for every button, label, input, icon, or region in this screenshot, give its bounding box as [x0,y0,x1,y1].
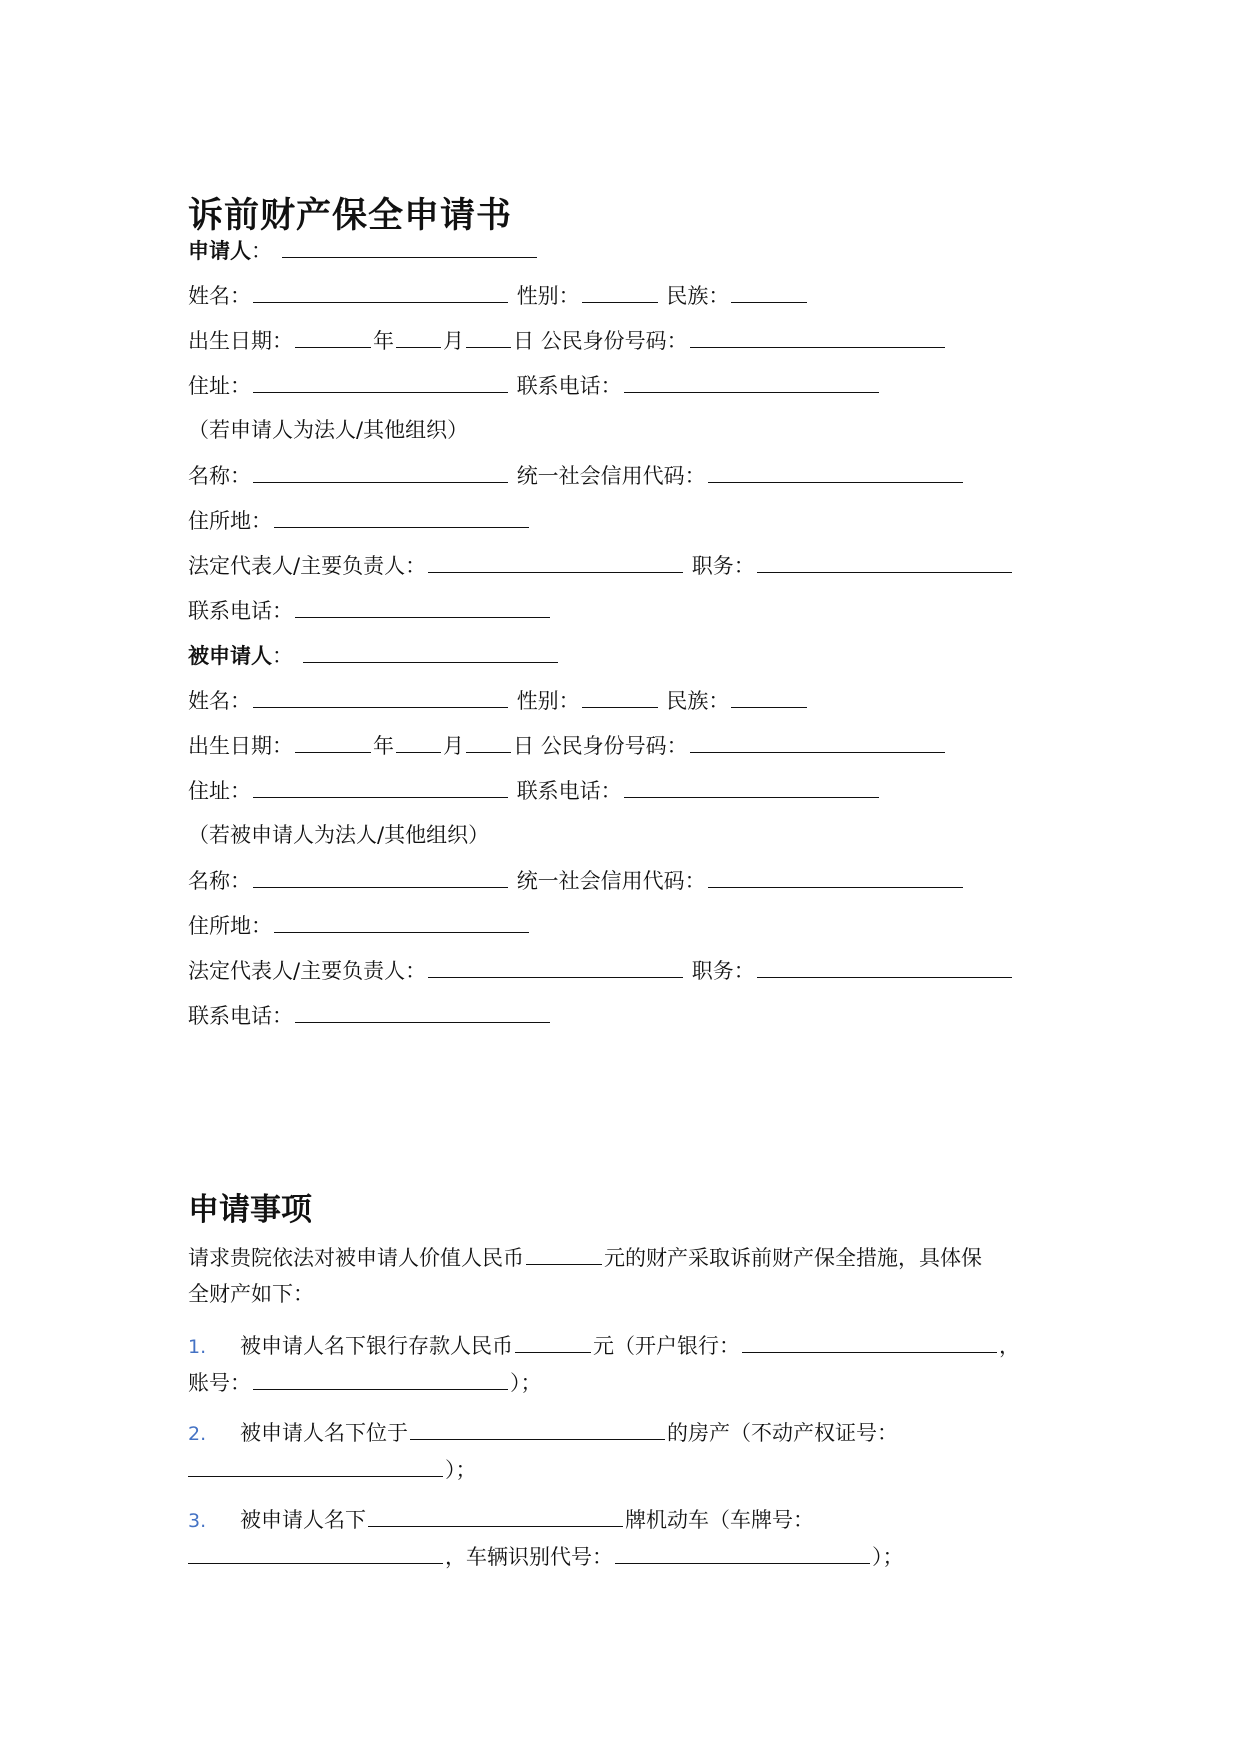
respondent-ethnicity-field[interactable] [731,685,807,708]
document-title: 诉前财产保全申请书 [188,188,512,238]
applicant-name-row: 姓名： 性别： 民族： [188,280,809,310]
account-number-field[interactable] [253,1367,508,1390]
applicant-field[interactable] [282,235,537,258]
respondent-legal-rep-row: 法定代表人/主要负责人： 职务： [188,955,1014,985]
respondent-credit-code-field[interactable] [708,865,963,888]
respondent-org-name-row: 名称： 统一社会信用代码： [188,865,965,895]
applicant-ethnicity-field[interactable] [731,280,807,303]
respondent-address-row: 住址： 联系电话： [188,775,881,805]
applicant-dob-month-field[interactable] [396,325,441,348]
respondent-heading-row: 被申请人： [188,640,560,670]
respondent-phone-field[interactable] [624,775,879,798]
list-number: 1. [188,1329,240,1365]
request-item-1: 1.被申请人名下银行存款人民币元（开户银行：， 账号：）； [188,1328,1048,1401]
respondent-dob-day-field[interactable] [466,730,511,753]
applicant-gender-field[interactable] [582,280,658,303]
applicant-domicile-field[interactable] [274,505,529,528]
respondent-name-row: 姓名： 性别： 民族： [188,685,809,715]
vin-field[interactable] [615,1541,870,1564]
total-amount-field[interactable] [526,1242,602,1265]
applicant-org-note: （若申请人为法人/其他组织） [188,415,468,445]
applicant-dob-year-field[interactable] [295,325,371,348]
applicant-org-phone-row: 联系电话： [188,595,552,625]
applicant-address-field[interactable] [253,370,508,393]
property-cert-field[interactable] [188,1454,443,1477]
respondent-dob-year-field[interactable] [295,730,371,753]
respondent-position-field[interactable] [757,955,1012,978]
respondent-gender-field[interactable] [582,685,658,708]
respondent-dob-row: 出生日期：年月日 公民身份号码： [188,730,947,760]
requests-intro: 请求贵院依法对被申请人价值人民币元的财产采取诉前财产保全措施，具体保 全财产如下… [188,1240,1048,1312]
applicant-legal-rep-row: 法定代表人/主要负责人： 职务： [188,550,1014,580]
plate-number-field[interactable] [188,1541,443,1564]
bank-name-field[interactable] [742,1330,997,1353]
respondent-dob-month-field[interactable] [396,730,441,753]
applicant-org-phone-field[interactable] [295,595,550,618]
respondent-org-phone-row: 联系电话： [188,1000,552,1030]
deposit-amount-field[interactable] [515,1330,591,1353]
respondent-field[interactable] [303,640,558,663]
applicant-dob-day-field[interactable] [466,325,511,348]
respondent-address-field[interactable] [253,775,508,798]
applicant-name-field[interactable] [253,280,508,303]
property-location-field[interactable] [410,1417,665,1440]
applicant-phone-field[interactable] [624,370,879,393]
applicant-org-name-row: 名称： 统一社会信用代码： [188,460,965,490]
respondent-org-note: （若被申请人为法人/其他组织） [188,820,489,850]
respondent-domicile-row: 住所地： [188,910,531,940]
applicant-legal-rep-field[interactable] [428,550,683,573]
respondent-id-field[interactable] [690,730,945,753]
applicant-address-row: 住址： 联系电话： [188,370,881,400]
applicant-position-field[interactable] [757,550,1012,573]
vehicle-brand-field[interactable] [368,1504,623,1527]
respondent-org-name-field[interactable] [253,865,508,888]
respondent-legal-rep-field[interactable] [428,955,683,978]
request-item-2: 2.被申请人名下位于的房产（不动产权证号： ）； [188,1415,1048,1488]
respondent-heading: 被申请人 [188,644,272,668]
respondent-domicile-field[interactable] [274,910,529,933]
applicant-id-field[interactable] [690,325,945,348]
request-item-3: 3.被申请人名下牌机动车（车牌号： ，车辆识别代号：）； [188,1502,1048,1575]
list-number: 3. [188,1503,240,1539]
applicant-org-name-field[interactable] [253,460,508,483]
requests-heading: 申请事项 [188,1184,312,1229]
respondent-org-phone-field[interactable] [295,1000,550,1023]
applicant-credit-code-field[interactable] [708,460,963,483]
respondent-name-field[interactable] [253,685,508,708]
applicant-dob-row: 出生日期：年月日 公民身份号码： [188,325,947,355]
list-number: 2. [188,1416,240,1452]
applicant-heading-row: 申请人： [188,235,539,265]
applicant-heading: 申请人 [188,239,251,263]
applicant-domicile-row: 住所地： [188,505,531,535]
